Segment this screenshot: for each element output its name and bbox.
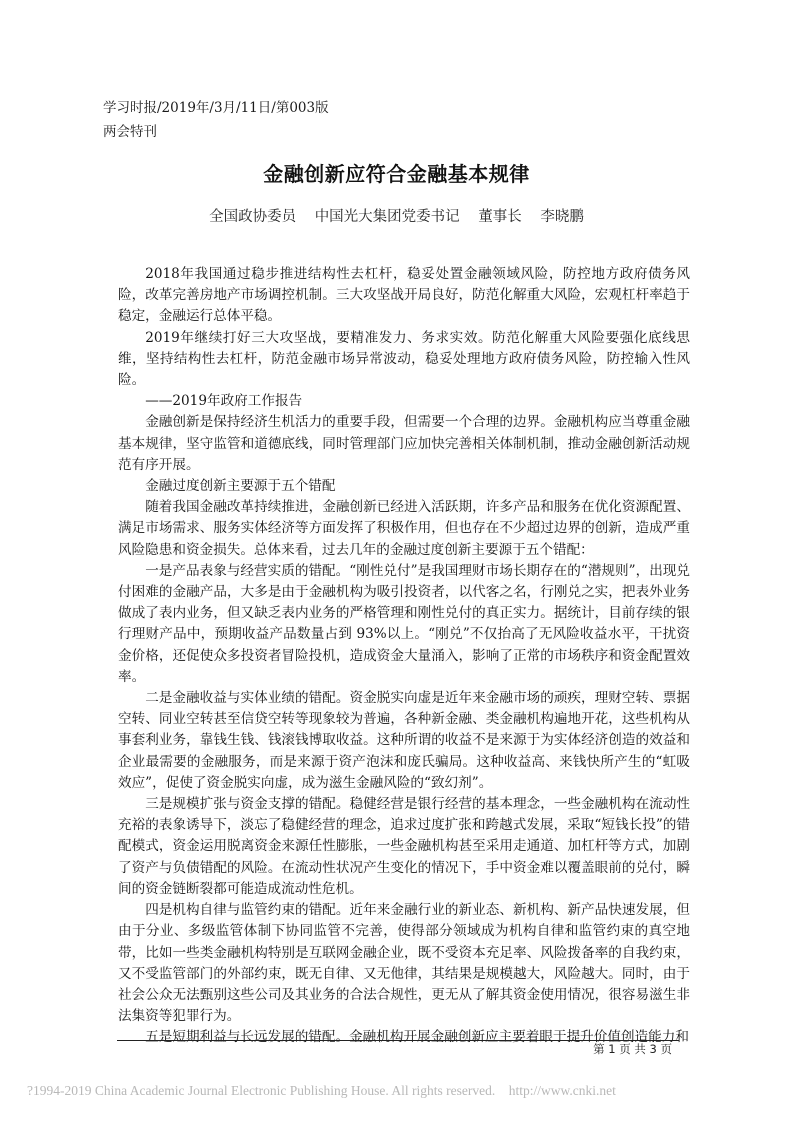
paragraph: 四是机构自律与监管约束的错配。近年来金融行业的新业态、新机构、新产品快速发展，但… [118, 900, 690, 1027]
document-header: 学习时报/2019年/3月/11日/第003版 两会特刊 [103, 96, 329, 144]
article-byline: 全国政协委员 中国光大集团党委书记 董事长 李晓鹏 [0, 205, 793, 226]
paragraph: 2018年我国通过稳步推进结构性去杠杆，稳妥处置金融领域风险，防控地方政府债务风… [118, 264, 690, 328]
section-heading: 金融过度创新主要源于五个错配 [118, 476, 690, 497]
paragraph: 2019年继续打好三大攻坚战，要精准发力、务求实效。防范化解重大风险要强化底线思… [118, 328, 690, 392]
byline-author-name: 李晓鹏 [540, 209, 584, 225]
paragraph: 三是规模扩张与资金支撑的错配。稳健经营是银行经营的基本理念，一些金融机构在流动性… [118, 794, 690, 900]
source-line: 学习时报/2019年/3月/11日/第003版 [103, 96, 329, 120]
article-body: 2018年我国通过稳步推进结构性去杠杆，稳妥处置金融领域风险，防控地方政府债务风… [118, 264, 690, 1049]
article-title: 金融创新应符合金融基本规律 [0, 158, 793, 187]
paragraph: 金融创新是保持经济生机活力的重要手段，但需要一个合理的边界。金融机构应当尊重金融… [118, 412, 690, 476]
byline-role-chairman: 董事长 [478, 209, 522, 225]
quote-attribution: ——2019年政府工作报告 [118, 391, 690, 412]
paragraph: 二是金融收益与实体业绩的错配。资金脱实向虚是近年来金融市场的顽疾，理财空转、票据… [118, 688, 690, 794]
byline-role-party-secretary: 中国光大集团党委书记 [315, 209, 460, 225]
byline-role-cppcc: 全国政协委员 [209, 209, 296, 225]
column-name: 两会特刊 [103, 120, 329, 144]
copyright-notice: ?1994-2019 China Academic Journal Electr… [27, 1083, 616, 1099]
paragraph: 一是产品表象与经营实质的错配。“刚性兑付”是我国理财市场长期存在的“潜规则”，出… [118, 561, 690, 688]
paragraph: 随着我国金融改革持续推进，金融创新已经进入活跃期，许多产品和服务在优化资源配置、… [118, 497, 690, 561]
page-indicator: 第 1 页 共 3 页 [593, 1041, 672, 1057]
